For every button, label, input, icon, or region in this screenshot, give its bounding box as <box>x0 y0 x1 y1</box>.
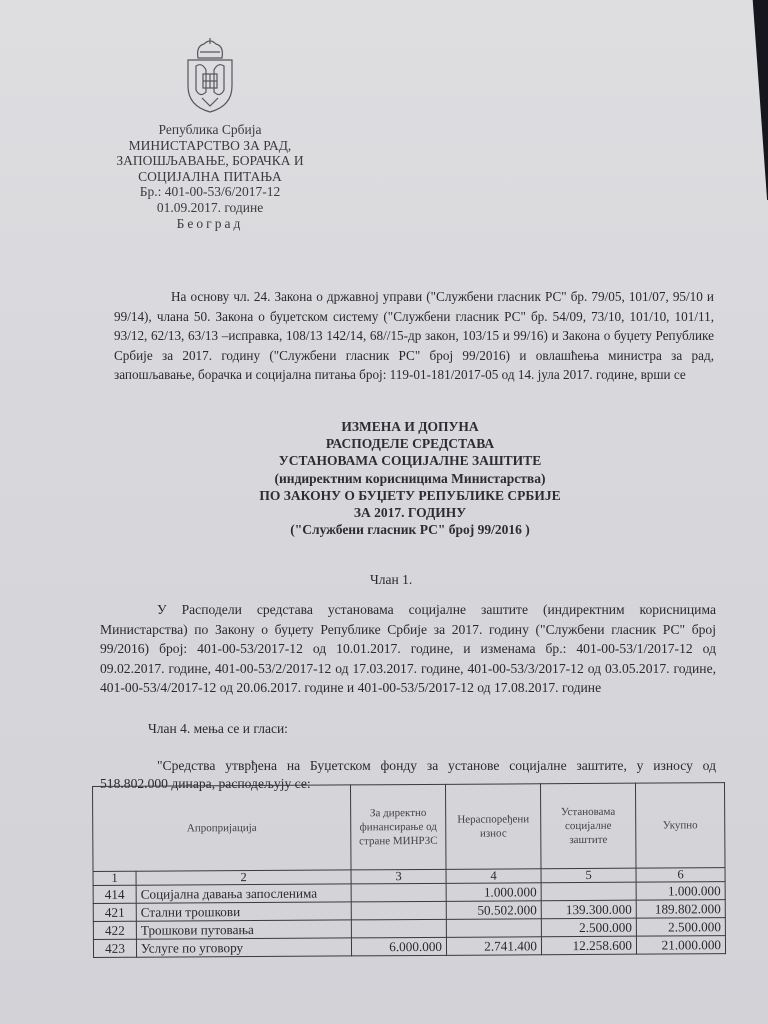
article-1-heading: Члан 1. <box>370 572 412 588</box>
direct-amount: 6.000.000 <box>351 937 446 956</box>
account-code: 422 <box>93 921 136 939</box>
reference-number: Бр.: 401-00-53/6/2017-12 <box>90 184 330 200</box>
ministry-line: МИНИСТАРСТВО ЗА РАД, <box>90 138 330 154</box>
allocation-table: Апропријација За директно финансирање од… <box>92 782 725 958</box>
direct-amount <box>351 901 446 920</box>
table-row: 423 Услуге по уговору 6.000.000 2.741.40… <box>93 936 725 958</box>
unallocated-amount: 50.502.000 <box>446 901 541 920</box>
document-date: 01.09.2017. године <box>90 200 330 216</box>
column-number: 3 <box>351 869 446 884</box>
unallocated-amount <box>446 919 541 938</box>
account-code: 421 <box>93 903 136 921</box>
column-number: 4 <box>446 869 541 884</box>
city: Београд <box>90 216 330 232</box>
total-amount: 21.000.000 <box>636 936 725 955</box>
ministry-line: СОЦИЈАЛНА ПИТАЊА <box>90 169 330 185</box>
unallocated-amount: 1.000.000 <box>446 883 541 902</box>
direct-amount <box>351 919 446 938</box>
account-code: 414 <box>93 885 136 903</box>
account-name: Услуге по уговору <box>136 938 351 957</box>
title-line: ПО ЗАКОНУ О БУЏЕТУ РЕПУБЛИКЕ СРБИЈЕ <box>230 487 590 504</box>
title-line: УСТАНОВАМА СОЦИЈАЛНЕ ЗАШТИТЕ <box>230 452 590 469</box>
column-number: 1 <box>93 871 136 885</box>
header-direct-financing: За директно финансирање од стране МИНРЗС <box>351 784 447 870</box>
unallocated-amount: 2.741.400 <box>446 937 541 956</box>
title-line: (индиректним корисницима Министарства) <box>230 470 590 487</box>
account-code: 423 <box>93 939 136 957</box>
account-name: Стални трошкови <box>136 902 351 921</box>
title-line: ИЗМЕНА И ДОПУНА <box>230 418 590 435</box>
title-line: ("Службени гласник РС" број 99/2016 ) <box>230 521 590 538</box>
total-amount: 1.000.000 <box>636 882 725 901</box>
total-amount: 2.500.000 <box>636 918 725 937</box>
title-line: РАСПОДЕЛЕ СРЕДСТАВА <box>230 435 590 452</box>
institutions-amount <box>541 882 636 901</box>
country-name: Република Србија <box>90 122 330 138</box>
header-appropriation: Апропријација <box>93 785 352 872</box>
institutions-amount: 2.500.000 <box>541 918 636 937</box>
background-edge <box>750 0 768 200</box>
institutions-amount: 12.258.600 <box>541 936 636 955</box>
header-unallocated: Нераспоређени износ <box>446 784 542 870</box>
account-name: Социјална давања запосленима <box>136 884 351 903</box>
total-amount: 189.802.000 <box>636 900 725 919</box>
column-number: 5 <box>541 868 636 883</box>
ministry-line: ЗАПОШЉАВАЊЕ, БОРАЧКА И <box>90 153 330 169</box>
header-total: Укупно <box>636 783 726 869</box>
title-line: ЗА 2017. ГОДИНУ <box>230 504 590 521</box>
letterhead: Република Србија МИНИСТАРСТВО ЗА РАД, ЗА… <box>90 122 330 231</box>
article-1-text: У Расподели средстава установама социјал… <box>100 600 716 698</box>
direct-amount <box>351 883 446 902</box>
column-number: 6 <box>636 868 725 883</box>
column-number: 2 <box>136 870 351 885</box>
coat-of-arms-icon <box>182 36 238 114</box>
document-title: ИЗМЕНА И ДОПУНА РАСПОДЕЛЕ СРЕДСТАВА УСТА… <box>230 418 590 538</box>
header-institutions: Установама социјалне заштите <box>541 783 637 869</box>
document-page: Република Србија МИНИСТАРСТВО ЗА РАД, ЗА… <box>0 0 768 1024</box>
account-name: Трошкови путовања <box>136 920 351 939</box>
institutions-amount: 139.300.000 <box>541 900 636 919</box>
preamble-paragraph: На основу чл. 24. Закона о државној упра… <box>114 287 714 385</box>
article-4-heading: Члан 4. мења се и гласи: <box>148 721 288 737</box>
